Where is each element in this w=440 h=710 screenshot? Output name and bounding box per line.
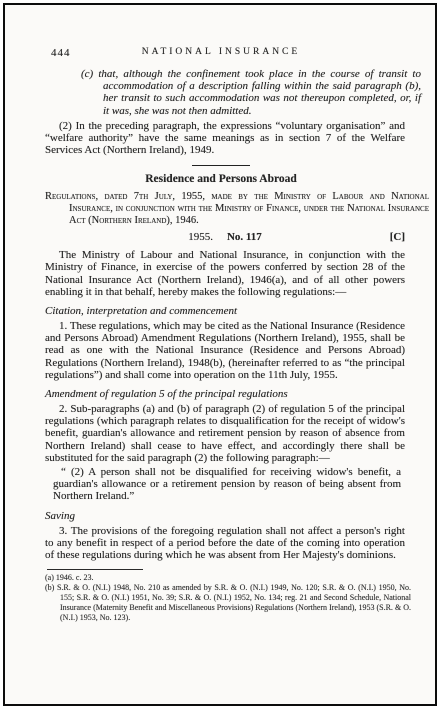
footnote-separator <box>47 569 143 570</box>
regulation-2: 2. Sub-paragraphs (a) and (b) of paragra… <box>45 403 405 464</box>
heading-citation: Citation, interpretation and commencemen… <box>45 305 405 317</box>
heading-saving: Saving <box>45 510 405 522</box>
running-header-title: National Insurance <box>45 47 397 57</box>
year-number: 1955.No. 117 <box>45 231 405 243</box>
heading-amendment: Amendment of regulation 5 of the princip… <box>45 388 405 400</box>
page-number: 444 <box>51 47 71 59</box>
section-divider <box>192 165 250 166</box>
classification-mark: [C] <box>390 231 405 243</box>
regulation-2-substituted-paragraph: “ (2) A person shall not be disqualified… <box>53 466 401 503</box>
footnote-a-label: (a) <box>45 573 54 582</box>
footnote-a-text: 1946. c. 23. <box>56 573 94 582</box>
footnote-a: (a) 1946. c. 23. <box>45 573 411 583</box>
regulation-year: 1955. <box>188 231 213 243</box>
footnote-b-label: (b) <box>45 583 54 592</box>
enacting-words: The Ministry of Labour and National Insu… <box>45 249 405 298</box>
footnotes: (a) 1946. c. 23. (b) S.R. & O. (N.I.) 19… <box>45 573 411 623</box>
section-title: Residence and Persons Abroad <box>45 173 397 185</box>
regulation-number: No. 117 <box>227 231 262 243</box>
prior-extract-paragraph-2: (2) In the preceding paragraph, the expr… <box>45 120 405 157</box>
running-header: 444 National Insurance <box>45 47 397 61</box>
prior-extract-clause-c: (c) that, although the confinement took … <box>81 68 421 117</box>
scanned-page: 444 National Insurance (c) that, althoug… <box>3 3 437 706</box>
footnote-b: (b) S.R. & O. (N.I.) 1948, No. 210 as am… <box>45 583 411 623</box>
regulation-preamble: Regulations, dated 7th July, 1955, made … <box>45 191 429 226</box>
year-number-line: 1955.No. 117 [C] <box>45 231 405 245</box>
regulation-1: 1. These regulations, which may be cited… <box>45 320 405 381</box>
footnote-b-text: S.R. & O. (N.I.) 1948, No. 210 as amende… <box>57 583 411 622</box>
regulation-3: 3. The provisions of the foregoing regul… <box>45 525 405 562</box>
